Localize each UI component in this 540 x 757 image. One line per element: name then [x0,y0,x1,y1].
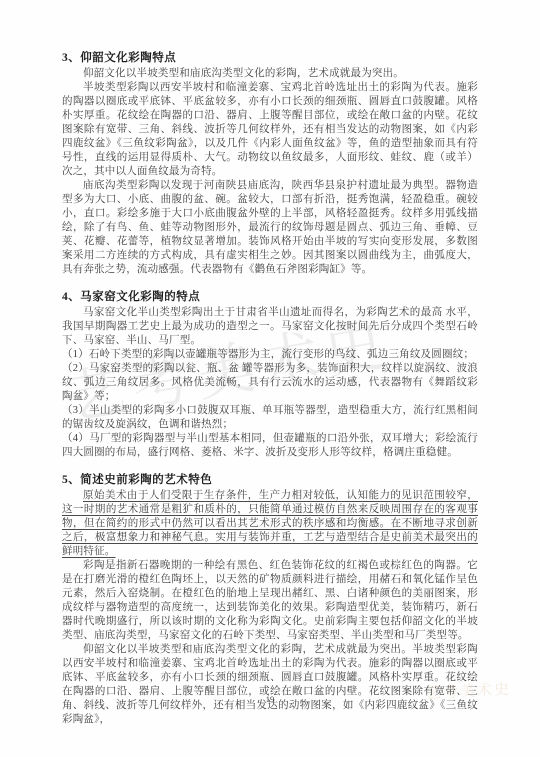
section-prehistoric-art: 5、简述史前彩陶的艺术特色 原始美术由于人们受限于生存条件，生产力相对较低，认知… [62,473,478,727]
page-number: 19 [0,694,540,704]
section-yangshao: 3、仰韶文化彩陶特点 仰韶文化以半坡类型和庙底沟类型文化的彩陶，艺术成就最为突出… [62,51,478,277]
section-heading: 4、马家窑文化彩陶的特点 [62,290,478,305]
paragraph: 仰韶文化以半坡类型和庙底沟类型文化的彩陶，艺术成就最为突出。 [62,67,478,81]
document-page: 艺考美术史 艺考美术史 3、仰韶文化彩陶特点 仰韶文化以半坡类型和庙底沟类型文化… [0,0,540,757]
section-majiayao: 4、马家窑文化彩陶的特点 马家窑文化半山类型彩陶出土于甘肃省半山遗址而得名，为彩… [62,290,478,460]
underlined-paragraph: 原始美术由于人们受限于生存条件，生产力相对较低，认知能力的见识范围较窄，这一时期… [62,489,478,559]
list-item: （3）半山类型的彩陶多小口鼓腹双耳瓶、单耳瓶等器型，造型稳重大方，流行红黑相间的… [62,404,478,432]
paragraph: 半坡类型彩陶以西安半坡村和临潼姜寨、宝鸡北首岭选址出土的彩陶为代表。施彩的陶器以… [62,81,478,179]
list-item: （4）马厂型的彩陶器型与半山型基本相同，但壶罐瓶的口沿外张，双耳增大；彩绘流行四… [62,432,478,460]
paragraph: 马家窑文化半山类型彩陶出土于甘肃省半山遗址而得名，为彩陶艺术的最高 水平，我国早… [62,306,478,348]
list-item: （2）马家窑类型的彩陶以瓮、瓶、盆 罐等器形为多，装饰面积大，纹样以旋涡纹、波浪… [62,362,478,404]
list-item: （1）石岭下类型的彩陶以壶罐瓶等器形为主，流行变形的鸟纹、弧边三角纹及圆圈纹； [62,348,478,362]
paragraph: 彩陶是指新石器晚期的一种绘有黑色、红色装饰花纹的红褐色或棕红色的陶器。它是在打磨… [62,559,478,643]
section-heading: 3、仰韶文化彩陶特点 [62,51,478,66]
text-content: 3、仰韶文化彩陶特点 仰韶文化以半坡类型和庙底沟类型文化的彩陶，艺术成就最为突出… [62,51,478,727]
paragraph: 仰韶文化以半坡类型和庙底沟类型文化的彩陶，艺术成就最为突出。半坡类型彩陶以西安半… [62,643,478,727]
section-heading: 5、简述史前彩陶的艺术特色 [62,473,478,488]
paragraph: 庙底沟类型彩陶以发现于河南陕县庙底沟，陕西华县泉护村遗址最为典型。器物造型多为大… [62,179,478,277]
